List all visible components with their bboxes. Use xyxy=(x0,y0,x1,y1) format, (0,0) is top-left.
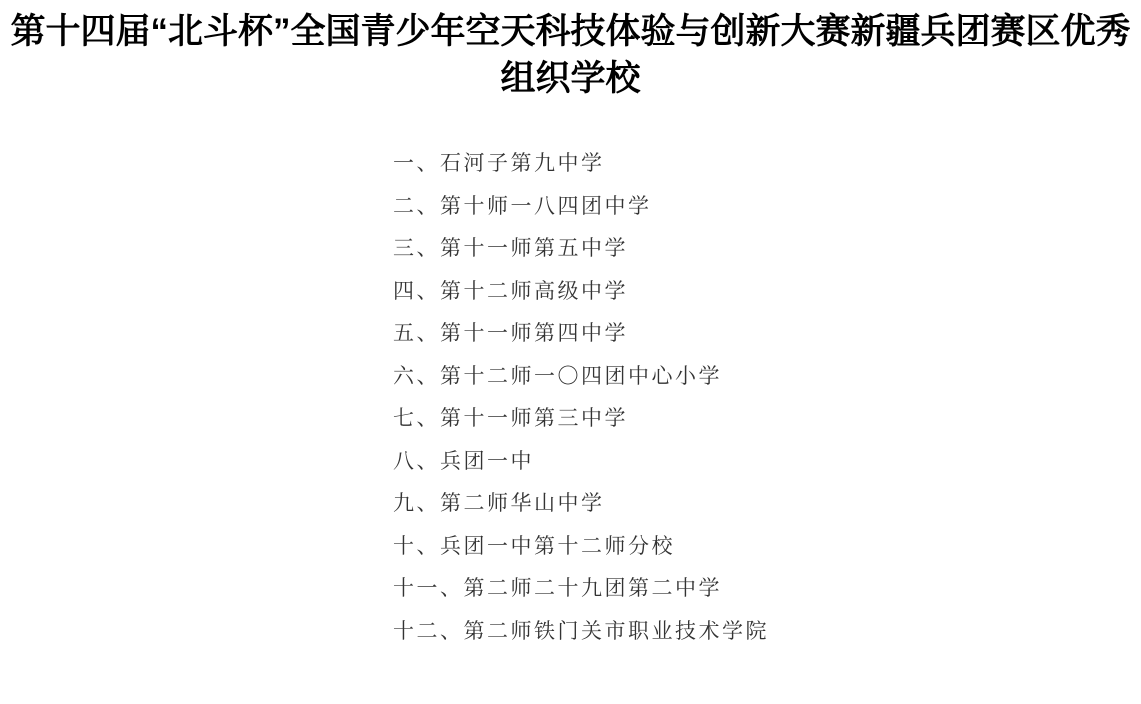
list-item-7: 七、第十一师第三中学 xyxy=(393,397,1141,440)
list-item-3: 三、第十一师第五中学 xyxy=(393,227,1141,270)
list-item-10: 十、兵团一中第十二师分校 xyxy=(393,525,1141,568)
school-list: 一、石河子第九中学 二、第十师一八四团中学 三、第十一师第五中学 四、第十二师高… xyxy=(0,102,1141,652)
list-item-1: 一、石河子第九中学 xyxy=(393,142,1141,185)
list-item-8: 八、兵团一中 xyxy=(393,440,1141,483)
list-item-11: 十一、第二师二十九团第二中学 xyxy=(393,567,1141,610)
list-item-2: 二、第十师一八四团中学 xyxy=(393,185,1141,228)
document-page: 第十四届“北斗杯”全国青少年空天科技体验与创新大赛新疆兵团赛区优秀组织学校 一、… xyxy=(0,0,1141,704)
list-item-12: 十二、第二师铁门关市职业技术学院 xyxy=(393,610,1141,653)
list-item-5: 五、第十一师第四中学 xyxy=(393,312,1141,355)
list-item-4: 四、第十二师高级中学 xyxy=(393,270,1141,313)
list-item-6: 六、第十二师一〇四团中心小学 xyxy=(393,355,1141,398)
document-title: 第十四届“北斗杯”全国青少年空天科技体验与创新大赛新疆兵团赛区优秀组织学校 xyxy=(0,0,1141,102)
list-item-9: 九、第二师华山中学 xyxy=(393,482,1141,525)
